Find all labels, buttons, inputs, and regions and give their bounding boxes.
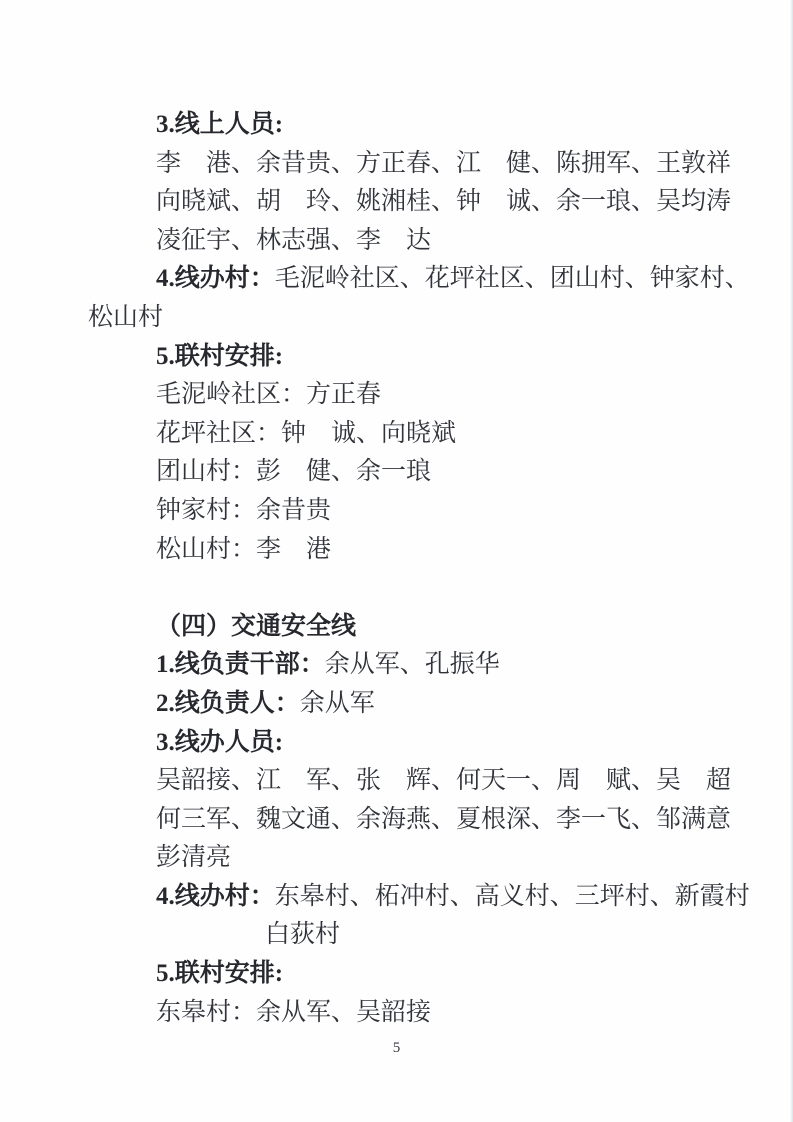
- traffic-staff-names-line-3: 彭清亮: [88, 839, 748, 878]
- online-assignment-line-2: 花坪社区：钟 诚、向晓斌: [88, 415, 748, 454]
- online-assignment-line-3: 团山村：彭 健、余一琅: [88, 453, 748, 492]
- traffic-staff-names-line-1: 吴韶接、江 军、张 辉、何天一、周 赋、吴 超: [88, 762, 748, 801]
- heading-traffic-safety-section-label: （四）交通安全线: [156, 613, 356, 640]
- heading-traffic-safety-section: （四）交通安全线: [88, 608, 748, 647]
- online-village-list-continuation: 松山村: [88, 299, 748, 338]
- heading-traffic-staff: 3.线办人员:: [88, 724, 748, 763]
- online-village-list-line: 4.线办村：毛泥岭社区、花坪社区、团山村、钟家村、: [88, 260, 748, 299]
- online-village-list-label: 4.线办村：: [156, 265, 275, 292]
- online-village-list-value: 毛泥岭社区、花坪社区、团山村、钟家村、: [275, 265, 750, 292]
- heading-traffic-village-assignments: 5.联村安排:: [88, 955, 748, 994]
- heading-online-staff: 3.线上人员:: [88, 106, 748, 145]
- traffic-responsible-cadres-value: 余从军、孔振华: [325, 651, 500, 678]
- online-staff-names-line-1: 李 港、余昔贵、方正春、江 健、陈拥军、王敦祥: [88, 145, 748, 184]
- document-content: 3.线上人员: 李 港、余昔贵、方正春、江 健、陈拥军、王敦祥 向晓斌、胡 玲、…: [88, 106, 748, 1032]
- traffic-assignment-line-1: 东皋村：余从军、吴韶接: [88, 994, 748, 1033]
- heading-online-village-assignments: 5.联村安排:: [88, 338, 748, 377]
- online-assignment-line-5: 松山村：李 港: [88, 531, 748, 570]
- online-staff-names-line-3: 凌征宇、林志强、李 达: [88, 222, 748, 261]
- traffic-staff-names-line-2: 何三军、魏文通、余海燕、夏根深、李一飞、邹满意: [88, 801, 748, 840]
- heading-online-staff-label: 3.线上人员:: [156, 111, 283, 138]
- heading-traffic-village-assignments-label: 5.联村安排:: [156, 960, 283, 987]
- online-staff-names-line-2: 向晓斌、胡 玲、姚湘桂、钟 诚、余一琅、吴均涛: [88, 183, 748, 222]
- online-assignment-line-4: 钟家村：余昔贵: [88, 492, 748, 531]
- traffic-responsible-person-label: 2.线负责人：: [156, 690, 300, 717]
- traffic-responsible-person-value: 余从军: [300, 690, 375, 717]
- traffic-responsible-cadres-line: 1.线负责干部：余从军、孔振华: [88, 646, 748, 685]
- traffic-village-list-continuation: 白荻村: [88, 916, 748, 955]
- document-page: 3.线上人员: 李 港、余昔贵、方正春、江 健、陈拥军、王敦祥 向晓斌、胡 玲、…: [0, 0, 793, 1122]
- traffic-village-list-label: 4.线办村：: [156, 883, 275, 910]
- heading-online-village-assignments-label: 5.联村安排:: [156, 343, 283, 370]
- online-assignment-line-1: 毛泥岭社区：方正春: [88, 376, 748, 415]
- traffic-responsible-cadres-label: 1.线负责干部：: [156, 651, 325, 678]
- traffic-responsible-person-line: 2.线负责人：余从军: [88, 685, 748, 724]
- heading-traffic-staff-label: 3.线办人员:: [156, 729, 283, 756]
- page-number: 5: [0, 1040, 793, 1057]
- traffic-village-list-line: 4.线办村：东皋村、柘冲村、高义村、三坪村、新霞村: [88, 878, 748, 917]
- traffic-village-list-value: 东皋村、柘冲村、高义村、三坪村、新霞村: [275, 883, 750, 910]
